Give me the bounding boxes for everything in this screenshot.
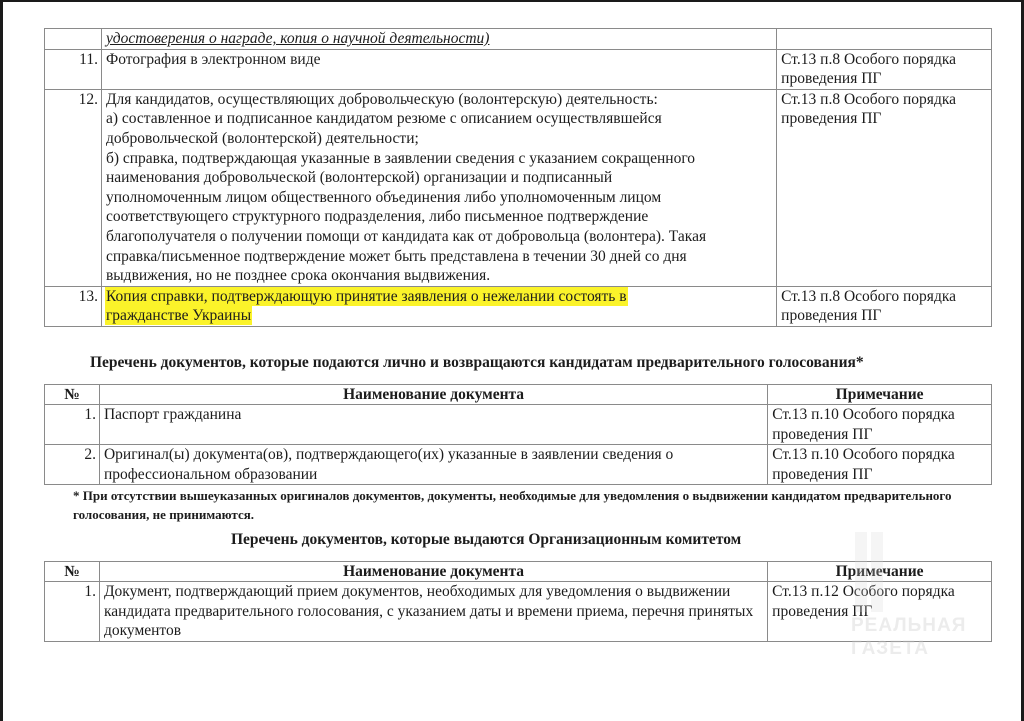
table-row: 11. Фотография в электронном виде Ст.13 …	[45, 49, 992, 89]
issued-documents-table: № Наименование документа Примечание 1. Д…	[44, 561, 992, 642]
table-row: удостоверения о награде, копия о научной…	[45, 29, 992, 50]
documents-table-continued: удостоверения о награде, копия о научной…	[44, 28, 992, 327]
document-note: Ст.13 п.8 Особого порядка проведения ПГ	[777, 286, 992, 326]
watermark-logo-icon	[855, 532, 883, 612]
row-number	[45, 29, 102, 50]
table-row: 12. Для кандидатов, осуществляющих добро…	[45, 89, 992, 286]
column-header-number: №	[45, 385, 100, 405]
row-number: 12.	[45, 89, 102, 286]
row-number: 1.	[45, 582, 100, 642]
document-name: Оригинал(ы) документа(ов), подтверждающе…	[99, 445, 767, 485]
document-note: Ст.13 п.8 Особого порядка проведения ПГ	[777, 89, 992, 286]
highlighted-text: гражданстве Украины	[106, 307, 251, 324]
footnote: * При отсутствии вышеуказанных оригинало…	[73, 486, 973, 524]
document-note	[777, 29, 992, 50]
document-name: Фотография в электронном виде	[101, 49, 776, 89]
row-number: 2.	[45, 445, 100, 485]
watermark: РЕАЛЬНАЯ ГАЗЕТА	[851, 614, 966, 660]
section-title: Перечень документов, которые выдаются Ор…	[231, 531, 741, 549]
table-header-row: № Наименование документа Примечание	[45, 562, 992, 582]
row-number: 13.	[45, 286, 102, 326]
row-number: 1.	[45, 405, 100, 445]
document-name: Паспорт гражданина	[99, 405, 767, 445]
document-name: Для кандидатов, осуществляющих доброволь…	[101, 89, 776, 286]
column-header-note: Примечание	[768, 385, 992, 405]
table-row: 1. Паспорт гражданина Ст.13 п.10 Особого…	[45, 405, 992, 445]
document-note: Ст.13 п.10 Особого порядка проведения ПГ	[768, 405, 992, 445]
returned-documents-table: № Наименование документа Примечание 1. П…	[44, 384, 992, 485]
highlighted-text: Копия справки, подтверждающую принятие з…	[106, 288, 627, 305]
table-row-highlighted: 13. Копия справки, подтверждающую принят…	[45, 286, 992, 326]
section-title: Перечень документов, которые подаются ли…	[90, 354, 864, 372]
row-number: 11.	[45, 49, 102, 89]
table-row: 1. Документ, подтверждающий прием докуме…	[45, 582, 992, 642]
column-header-name: Наименование документа	[99, 385, 767, 405]
document-name: Документ, подтверждающий прием документо…	[99, 582, 767, 642]
document-page: удостоверения о награде, копия о научной…	[3, 2, 1021, 721]
column-header-number: №	[45, 562, 100, 582]
document-name: Копия справки, подтверждающую принятие з…	[101, 286, 776, 326]
table-header-row: № Наименование документа Примечание	[45, 385, 992, 405]
table-row: 2. Оригинал(ы) документа(ов), подтвержда…	[45, 445, 992, 485]
column-header-name: Наименование документа	[99, 562, 767, 582]
document-name: удостоверения о награде, копия о научной…	[101, 29, 776, 50]
document-note: Ст.13 п.10 Особого порядка проведения ПГ	[768, 445, 992, 485]
document-note: Ст.13 п.8 Особого порядка проведения ПГ	[777, 49, 992, 89]
